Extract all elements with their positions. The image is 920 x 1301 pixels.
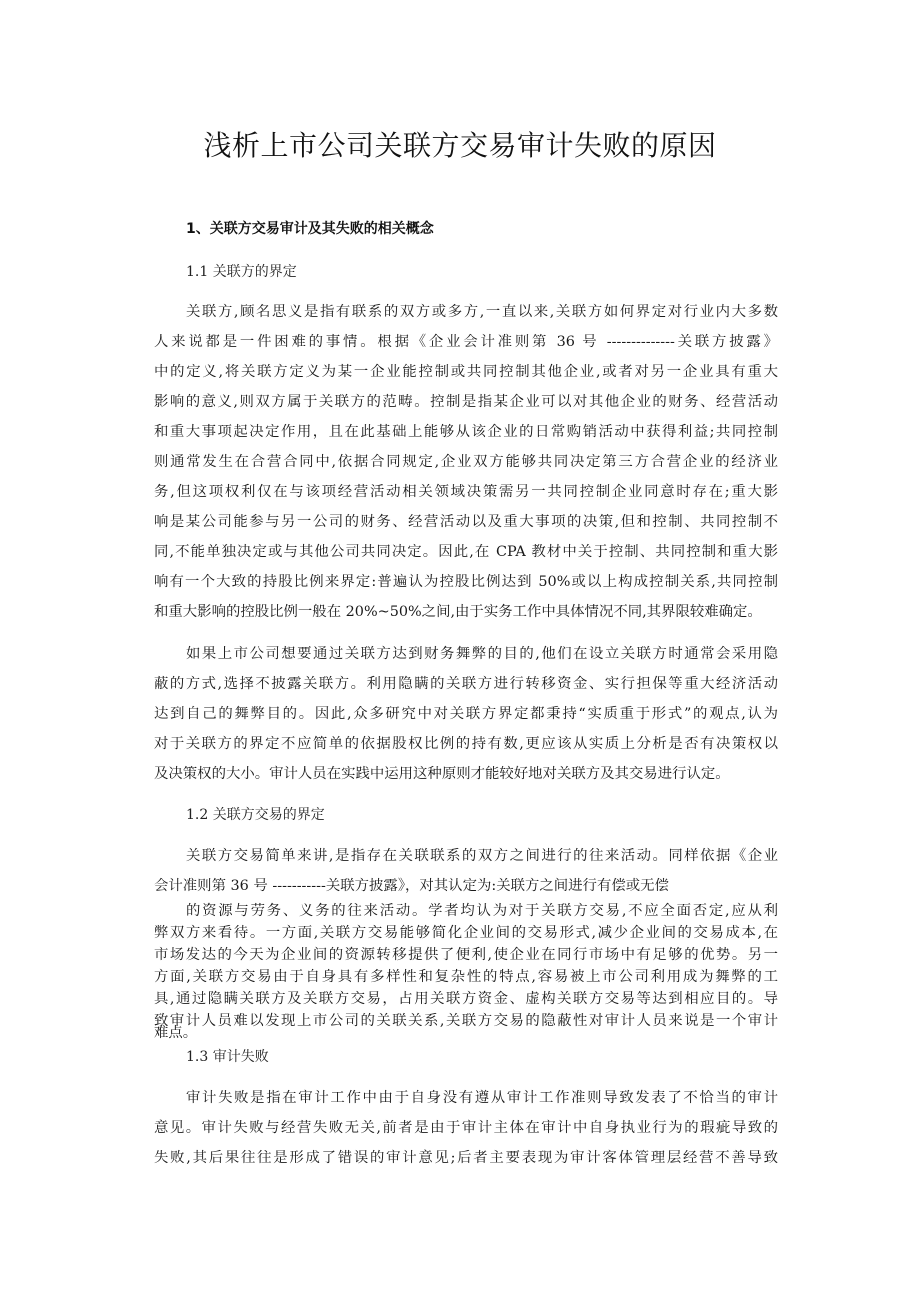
document-title: 浅析上市公司关联方交易审计失败的原因 (0, 126, 920, 166)
text-line: 方面,关联方交易由于自身具有多样性和复杂性的特点,容易被上市公司利用成为舞弊的工 (154, 967, 778, 987)
text-line: 务,但这项权利仅在与该项经营活动相关领域决策需另一共同控制企业同意时存在;重大影 (154, 482, 778, 502)
text-line: 人来说都是一件困难的事情。根据《企业会计准则第 36 号 -----------… (154, 332, 778, 352)
text-line: 失败,其后果往往是形成了错误的审计意见;后者主要表现为审计客体管理层经营不善导致 (154, 1148, 778, 1168)
text-line: 则通常发生在合营合同中,依据合同规定,企业双方能够共同决定第三方合营企业的经济业 (154, 452, 778, 472)
text-line: 和重大事项起决定作用，且在此基础上能够从该企业的日常购销活动中获得利益;共同控制 (154, 422, 778, 442)
text-line: 响是某公司能参与另一公司的财务、经营活动以及重大事项的决策,但和控制、共同控制不 (154, 512, 778, 532)
text-line: 审计失败是指在审计工作中由于自身没有遵从审计工作准则导致发表了不恰当的审计 (186, 1088, 778, 1108)
section-heading-1: 1、关联方交易审计及其失败的相关概念 (186, 219, 434, 239)
text-line: 弊双方来看待。一方面,关联方交易能够简化企业间的交易形式,减少企业间的交易成本,… (154, 923, 778, 943)
text-line: 具,通过隐瞒关联方及关联方交易，占用关联方资金、虚构关联方交易等达到相应目的。导 (154, 989, 778, 1009)
text-line: 的资源与劳务、义务的往来活动。学者均认为对于关联方交易,不应全面否定,应从利 (186, 901, 778, 921)
subsection-heading-1-3: 1.3 审计失败 (186, 1047, 269, 1067)
text-line: 和重大影响的控股比例一般在 20%~50%之间,由于实务工作中具体情况不同,其界… (154, 602, 778, 622)
text-line: 关联方,顾名思义是指有联系的双方或多方,一直以来,关联方如何界定对行业内大多数 (186, 302, 778, 322)
text-line: 影响的意义,则双方属于关联方的范畴。控制是指某企业可以对其他企业的财务、经营活动 (154, 392, 778, 412)
subsection-heading-1-2: 1.2 关联方交易的界定 (186, 805, 325, 825)
text-line: 中的定义,将关联方定义为某一企业能控制或共同控制其他企业,或者对另一企业具有重大 (154, 362, 778, 382)
text-line: 如果上市公司想要通过关联方达到财务舞弊的目的,他们在设立关联方时通常会采用隐 (186, 644, 778, 664)
text-line: 蔽的方式,选择不披露关联方。利用隐瞒的关联方进行转移资金、实行担保等重大经济活动 (154, 674, 778, 694)
text-line: 难点。 (154, 1023, 778, 1043)
text-line: 同,不能单独决定或与其他公司共同决定。因此,在 CPA 教材中关于控制、共同控制… (154, 542, 778, 562)
text-line: 关联方交易简单来讲,是指存在关联联系的双方之间进行的往来活动。同样依据《企业 (186, 846, 778, 866)
text-line: 意见。审计失败与经营失败无关,前者是由于审计主体在审计中自身执业行为的瑕疵导致的 (154, 1118, 778, 1138)
text-line: 响有一个大致的持股比例来界定:普遍认为控股比例达到 50%或以上构成控制关系,共… (154, 572, 778, 592)
subsection-heading-1-1: 1.1 关联方的界定 (186, 262, 297, 282)
text-line: 对于关联方的界定不应简单的依据股权比例的持有数,更应该从实质上分析是否有决策权以 (154, 734, 778, 754)
text-line: 及决策权的大小。审计人员在实践中运用这种原则才能较好地对关联方及其交易进行认定。 (154, 764, 778, 784)
text-line: 会计准则第 36 号 -----------关联方披露》，对其认定为:关联方之间… (154, 876, 734, 896)
document-page: 浅析上市公司关联方交易审计失败的原因 1、关联方交易审计及其失败的相关概念 1.… (0, 0, 920, 1301)
text-line: 达到自己的舞弊目的。因此,众多研究中对关联方界定都秉持“实质重于形式”的观点,认… (154, 704, 778, 724)
text-line: 市场发达的今天为企业间的资源转移提供了便利,使企业在同行市场中有足够的优势。另一 (154, 945, 778, 965)
